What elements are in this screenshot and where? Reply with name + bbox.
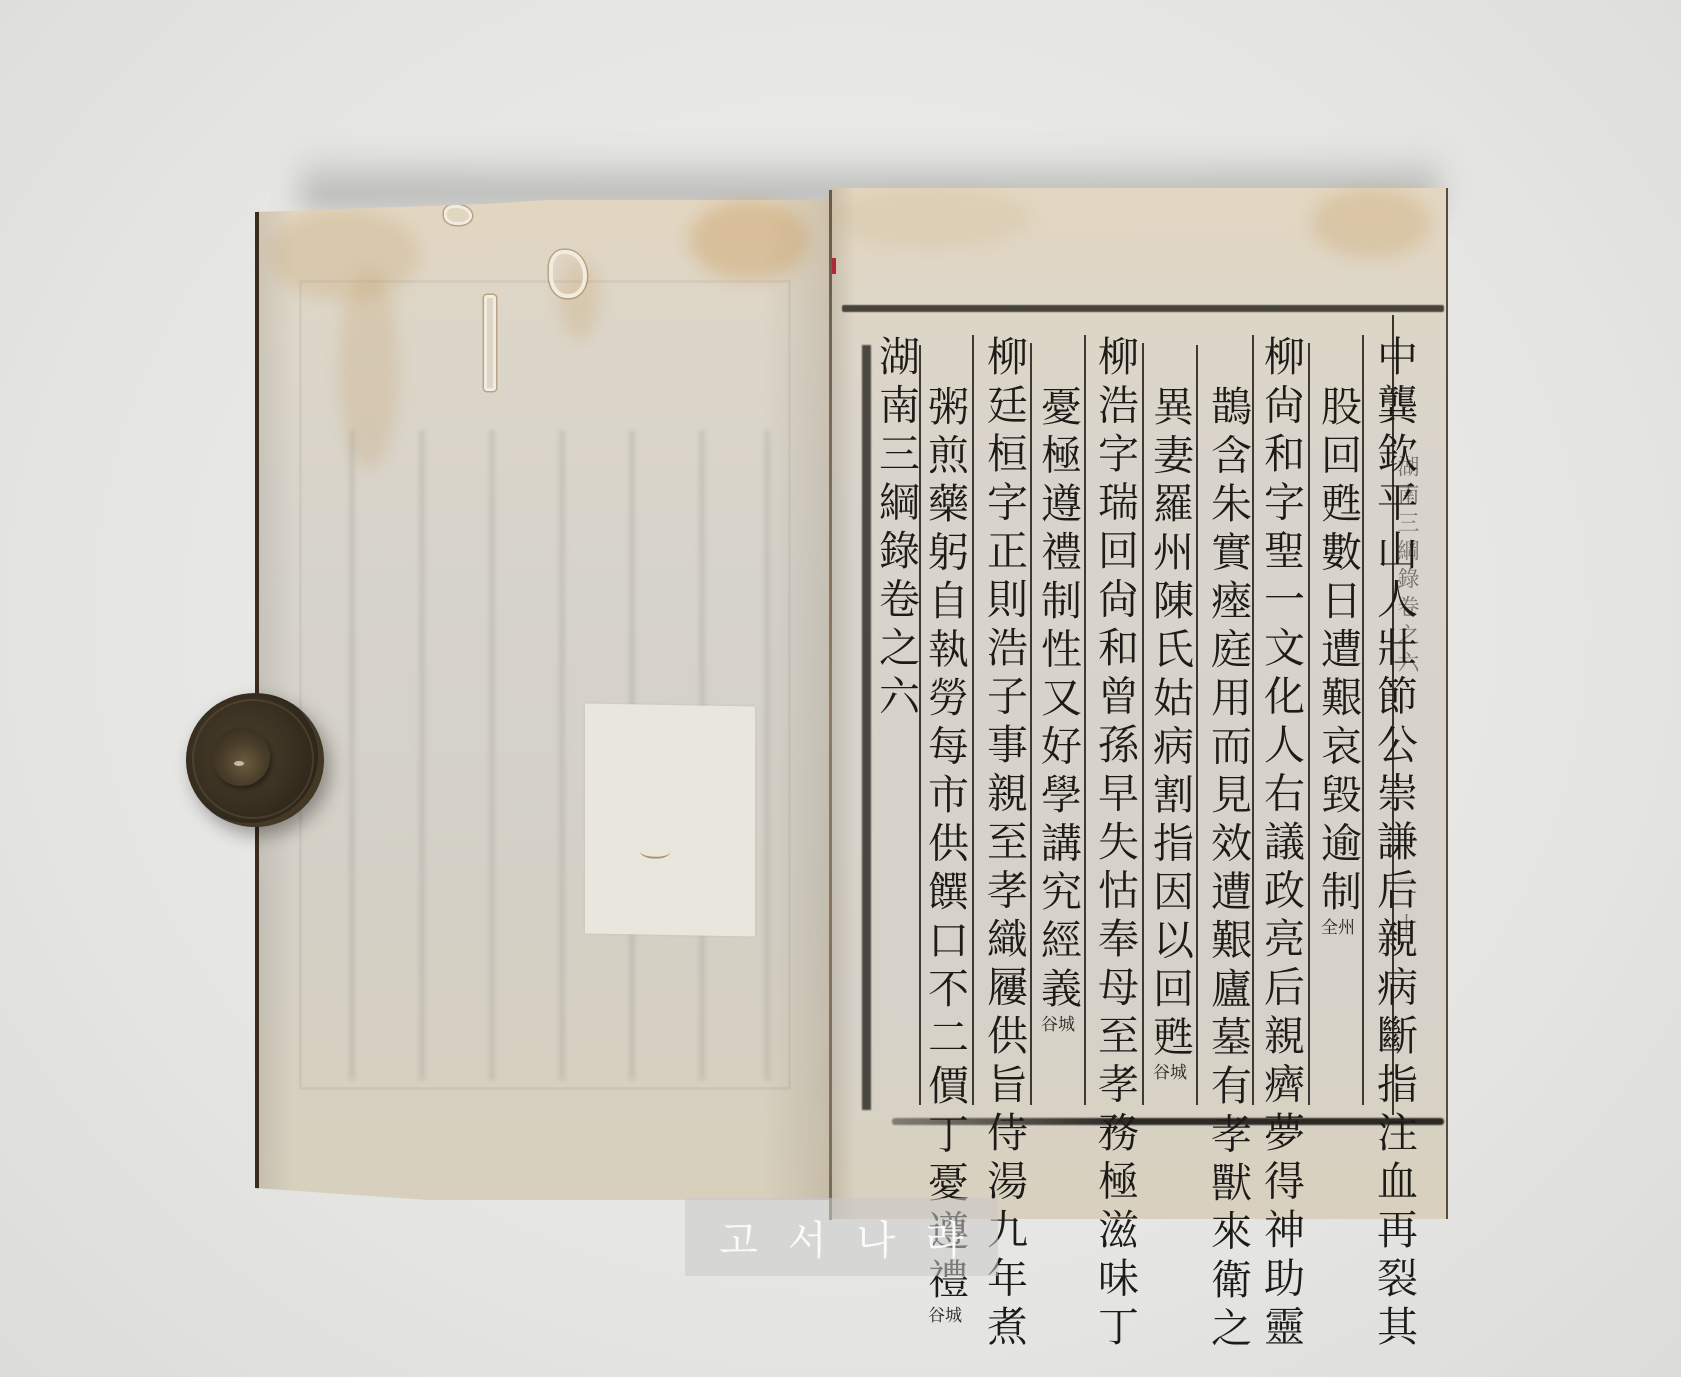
column-rule	[1308, 343, 1310, 1105]
annotation-place: 全州	[1318, 919, 1358, 937]
text-column-4: 鵲含朱實瘞庭用而見效遭艱廬墓有孝獸來衛之	[1203, 385, 1253, 1355]
water-stain	[689, 200, 809, 280]
column-rule	[1196, 345, 1198, 1105]
wormhole	[484, 295, 496, 391]
frame-left-border	[862, 345, 871, 1110]
open-book: 湖南三綱錄卷之六 二十 中龔欽平山人壯節公崇謙后親病斷指注血再裂其 股回甦數日遭…	[0, 0, 1681, 1377]
volume-title-column: 湖南三綱錄卷之六	[871, 335, 921, 723]
water-stain	[1311, 188, 1431, 258]
text-column-2: 股回甦數日遭艱哀毀逾制全州	[1313, 385, 1363, 937]
bleed-through-line	[349, 430, 355, 1080]
text-column-5: 異妻羅州陳氏姑病割指因以回甦谷城	[1145, 385, 1195, 1082]
annotation-place: 谷城	[1038, 1016, 1078, 1034]
bleed-through-line	[419, 430, 425, 1080]
bleed-through-line	[489, 430, 495, 1080]
column-rule	[972, 335, 974, 1105]
water-stain	[831, 188, 1031, 248]
red-thread-mark	[832, 258, 836, 274]
text-column-1: 中龔欽平山人壯節公崇謙后親病斷指注血再裂其	[1369, 335, 1419, 1354]
text-column-7: 憂極遵禮制性又好學講究經義谷城	[1033, 385, 1083, 1034]
left-page	[255, 200, 831, 1200]
frame-bottom-border	[892, 1118, 1444, 1125]
bleed-through-line	[559, 430, 565, 1080]
text-column-9: 粥煎藥躬自執勞每市供饌口不二價丁憂遵禮谷城	[920, 385, 970, 1325]
water-stain	[269, 210, 419, 300]
text-column-3: 柳尙和字聖一文化人右議政亮后親癠夢得神助靈	[1256, 335, 1306, 1354]
column-rule	[1142, 343, 1144, 1105]
watermark-text: 고서나라	[689, 1209, 994, 1266]
watermark: 고서나라	[685, 1198, 998, 1276]
wormhole	[549, 250, 587, 298]
annotation-place: 谷城	[1150, 1064, 1190, 1082]
bleed-through-line	[764, 430, 770, 1080]
printed-text-frame: 湖南三綱錄卷之六 二十 中龔欽平山人壯節公崇謙后親病斷指注血再裂其 股回甦數日遭…	[862, 305, 1444, 1125]
book-gutter	[829, 190, 832, 1220]
brass-weight	[186, 693, 324, 827]
stain-mark	[640, 844, 670, 859]
column-rule	[1084, 335, 1086, 1105]
wormhole	[444, 205, 472, 225]
annotation-place: 谷城	[925, 1307, 965, 1325]
text-column-6: 柳浩字瑞回尙和曾孫早失怙奉母至孝務極滋味丁	[1090, 335, 1140, 1354]
weight-knob	[212, 728, 270, 786]
water-stain	[339, 270, 399, 470]
column-rule	[1030, 343, 1032, 1105]
paper-repair-patch	[585, 704, 755, 937]
